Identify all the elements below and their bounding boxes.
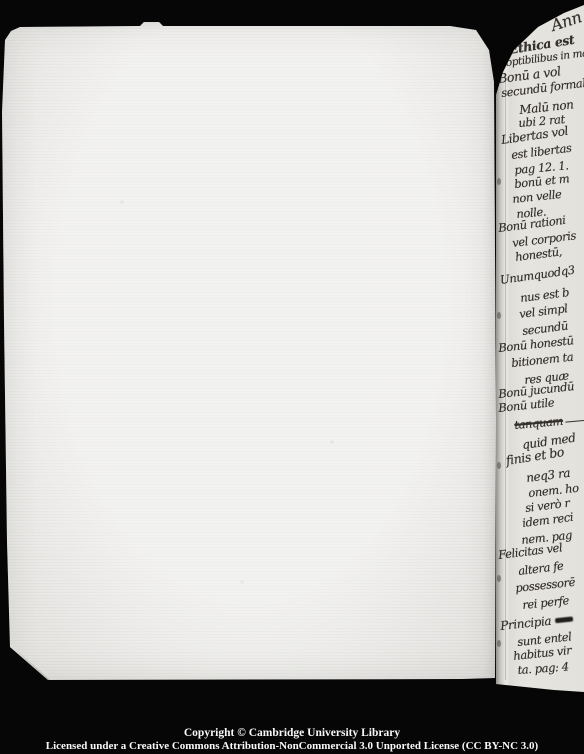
manuscript-page-right: AnnEthica estCoptibilibus in malBonū a v… — [496, 0, 584, 694]
license-line: Licensed under a Creative Commons Attrib… — [0, 740, 584, 752]
manuscript-line: Ann — [549, 9, 583, 34]
binding-stitch-mark — [497, 462, 501, 469]
manuscript-line: honestū, — [515, 246, 563, 263]
manuscript-line: idem reci — [522, 512, 574, 530]
folded-corner — [6, 636, 52, 682]
manuscript-line: rei perfe — [522, 595, 570, 611]
manuscript-line: bitionem ta — [511, 352, 574, 370]
binding-stitch-mark — [497, 575, 501, 582]
manuscript-line: Unumquodq3 — [499, 265, 575, 287]
manuscript-line: vel simpl — [519, 303, 569, 320]
manuscript-line: tanquam — [514, 413, 584, 431]
binding-stitch-mark — [497, 640, 501, 647]
manuscript-line: altera fe — [518, 561, 565, 578]
manuscript-line: Bonū utile — [498, 397, 555, 414]
copyright-line: Copyright © Cambridge University Library — [0, 727, 584, 739]
manuscript-line: finis et bo — [505, 446, 565, 468]
manuscript-line: possessorē — [515, 577, 576, 595]
manuscript-line: ta. pag: 4 — [517, 661, 569, 676]
manuscript-line: non velle — [512, 189, 562, 206]
binding-stitch-mark — [497, 312, 501, 319]
binding-stitch-mark — [497, 178, 501, 185]
gutter-crease — [505, 80, 506, 680]
manuscript-line: Principia — [500, 612, 574, 632]
blank-page-left — [2, 22, 498, 684]
